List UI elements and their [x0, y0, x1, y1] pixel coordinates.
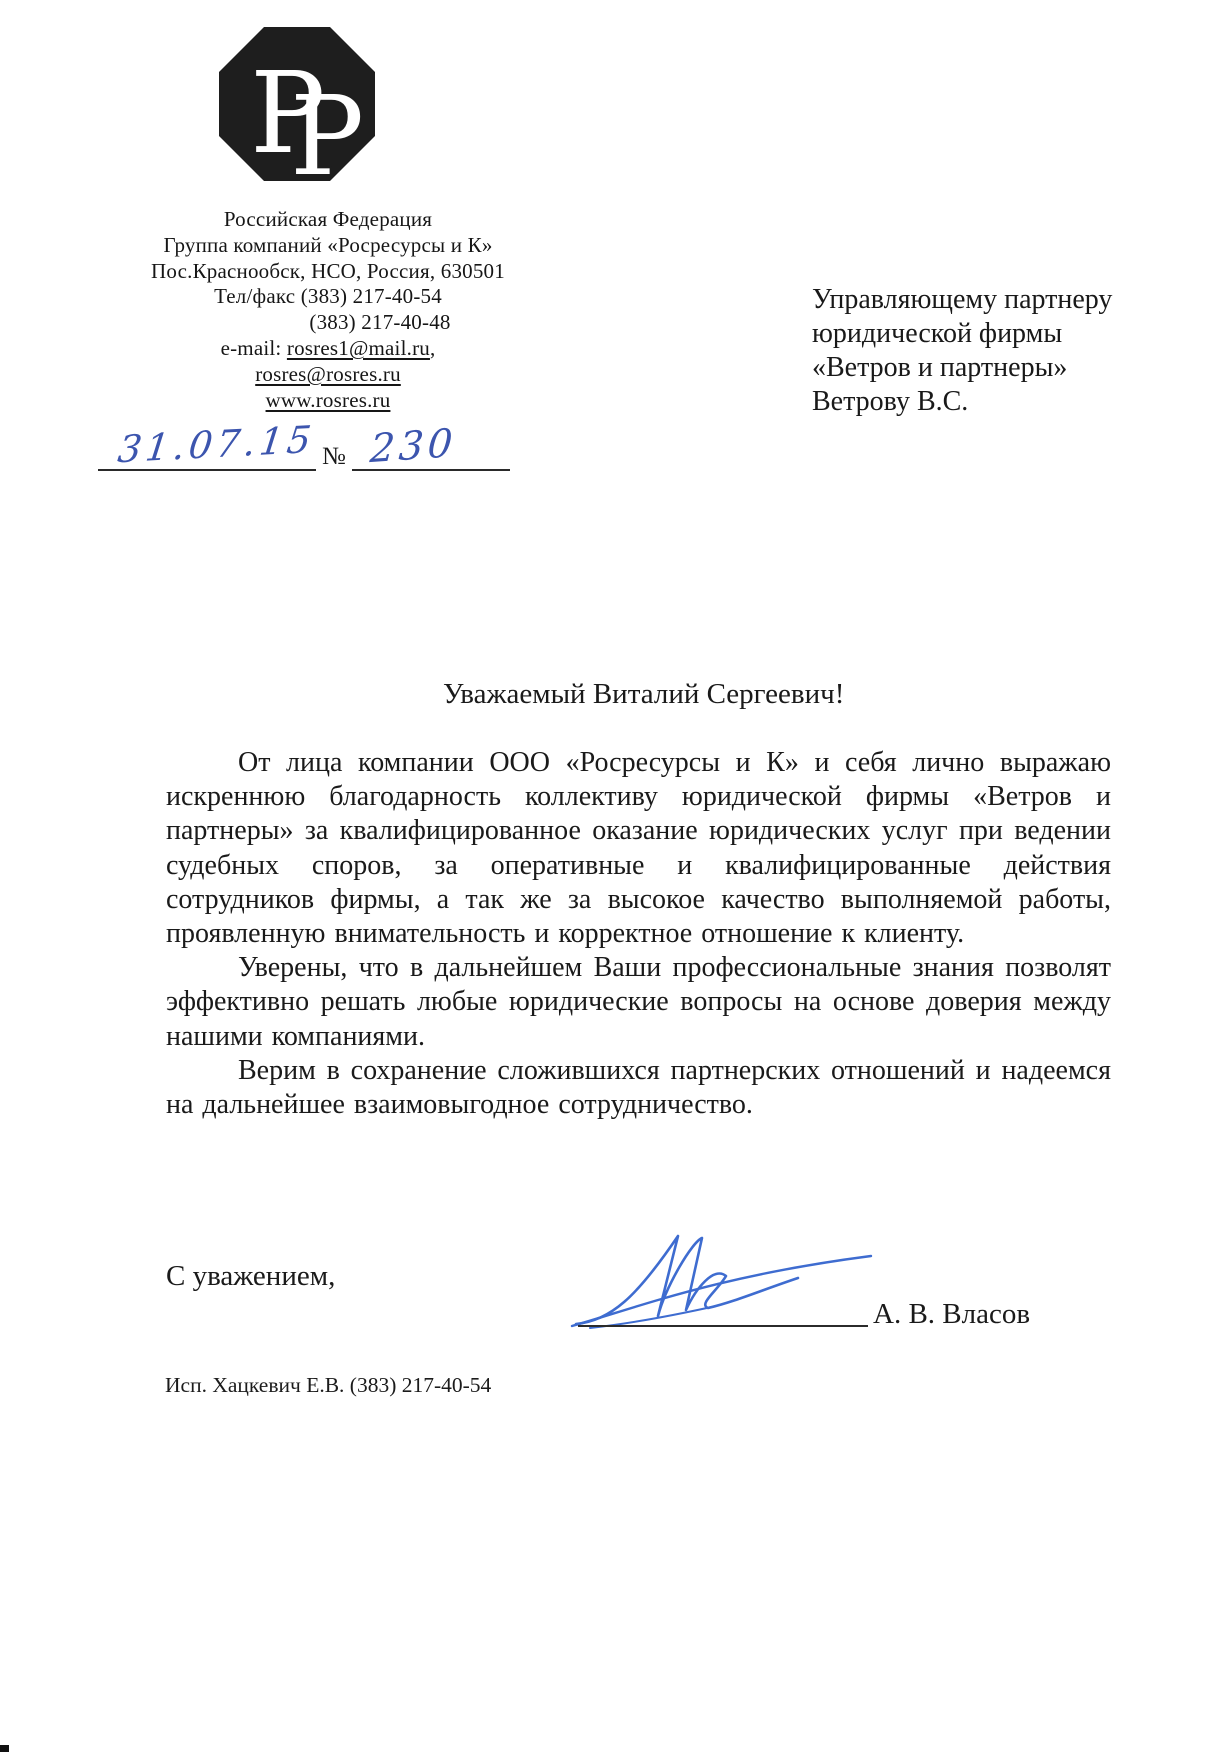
letterhead: Российская Федерация Группа компаний «Ро… — [130, 207, 526, 413]
email-secondary: rosres@rosres.ru — [255, 362, 401, 386]
body-paragraph: От лица компании ООО «Росресурсы и К» и … — [166, 746, 1111, 951]
letterhead-country: Российская Федерация — [130, 207, 526, 233]
letter-body: От лица компании ООО «Росресурсы и К» и … — [166, 746, 1111, 1122]
company-logo: Р Р — [216, 24, 378, 184]
recipient-block: Управляющему партнеру юридической фирмы … — [812, 283, 1132, 419]
recipient-firm-type: юридической фирмы — [812, 317, 1132, 351]
closing-regards: С уважением, — [166, 1260, 335, 1293]
handwritten-date: 31.07.15 — [115, 418, 317, 472]
recipient-person: Ветрову В.С. — [812, 385, 1132, 419]
website: www.rosres.ru — [266, 388, 391, 412]
body-paragraph: Верим в сохранение сложившихся партнерск… — [166, 1054, 1111, 1122]
email-label: e-mail: — [221, 336, 287, 360]
recipient-title: Управляющему партнеру — [812, 283, 1132, 317]
number-sign: № — [322, 443, 346, 471]
handwritten-number: 230 — [369, 421, 458, 472]
scan-artifact — [0, 1745, 9, 1752]
signature-underline — [578, 1325, 868, 1327]
email-primary: rosres1@mail.ru — [287, 336, 430, 360]
letterhead-website-line: www.rosres.ru — [130, 388, 526, 414]
recipient-firm-name: «Ветров и партнеры» — [812, 351, 1132, 385]
number-underline — [352, 469, 510, 471]
logo-letter-p1: Р — [250, 49, 325, 179]
executor-note: Исп. Хацкевич Е.В. (383) 217-40-54 — [165, 1373, 491, 1398]
letterhead-email2-line: rosres@rosres.ru — [130, 362, 526, 388]
letterhead-company: Группа компаний «Росресурсы и К» — [130, 233, 526, 259]
signer-name: А. В. Власов — [873, 1298, 1030, 1331]
letterhead-email-line: e-mail: rosres1@mail.ru, — [130, 336, 526, 362]
date-underline — [98, 469, 316, 471]
salutation: Уважаемый Виталий Сергеевич! — [443, 678, 844, 711]
body-paragraph: Уверены, что в дальнейшем Ваши профессио… — [166, 951, 1111, 1054]
letterhead-phone2: (383) 217-40-48 — [130, 310, 526, 336]
letterhead-address: Пос.Краснообск, НСО, Россия, 630501 — [130, 259, 526, 285]
letterhead-phone-fax: Тел/факс (383) 217-40-54 — [130, 284, 526, 310]
email-separator: , — [430, 336, 435, 360]
signature-scribble — [566, 1228, 886, 1332]
letter-page: { "document": { "letterhead": { "logo_le… — [0, 0, 1226, 1754]
